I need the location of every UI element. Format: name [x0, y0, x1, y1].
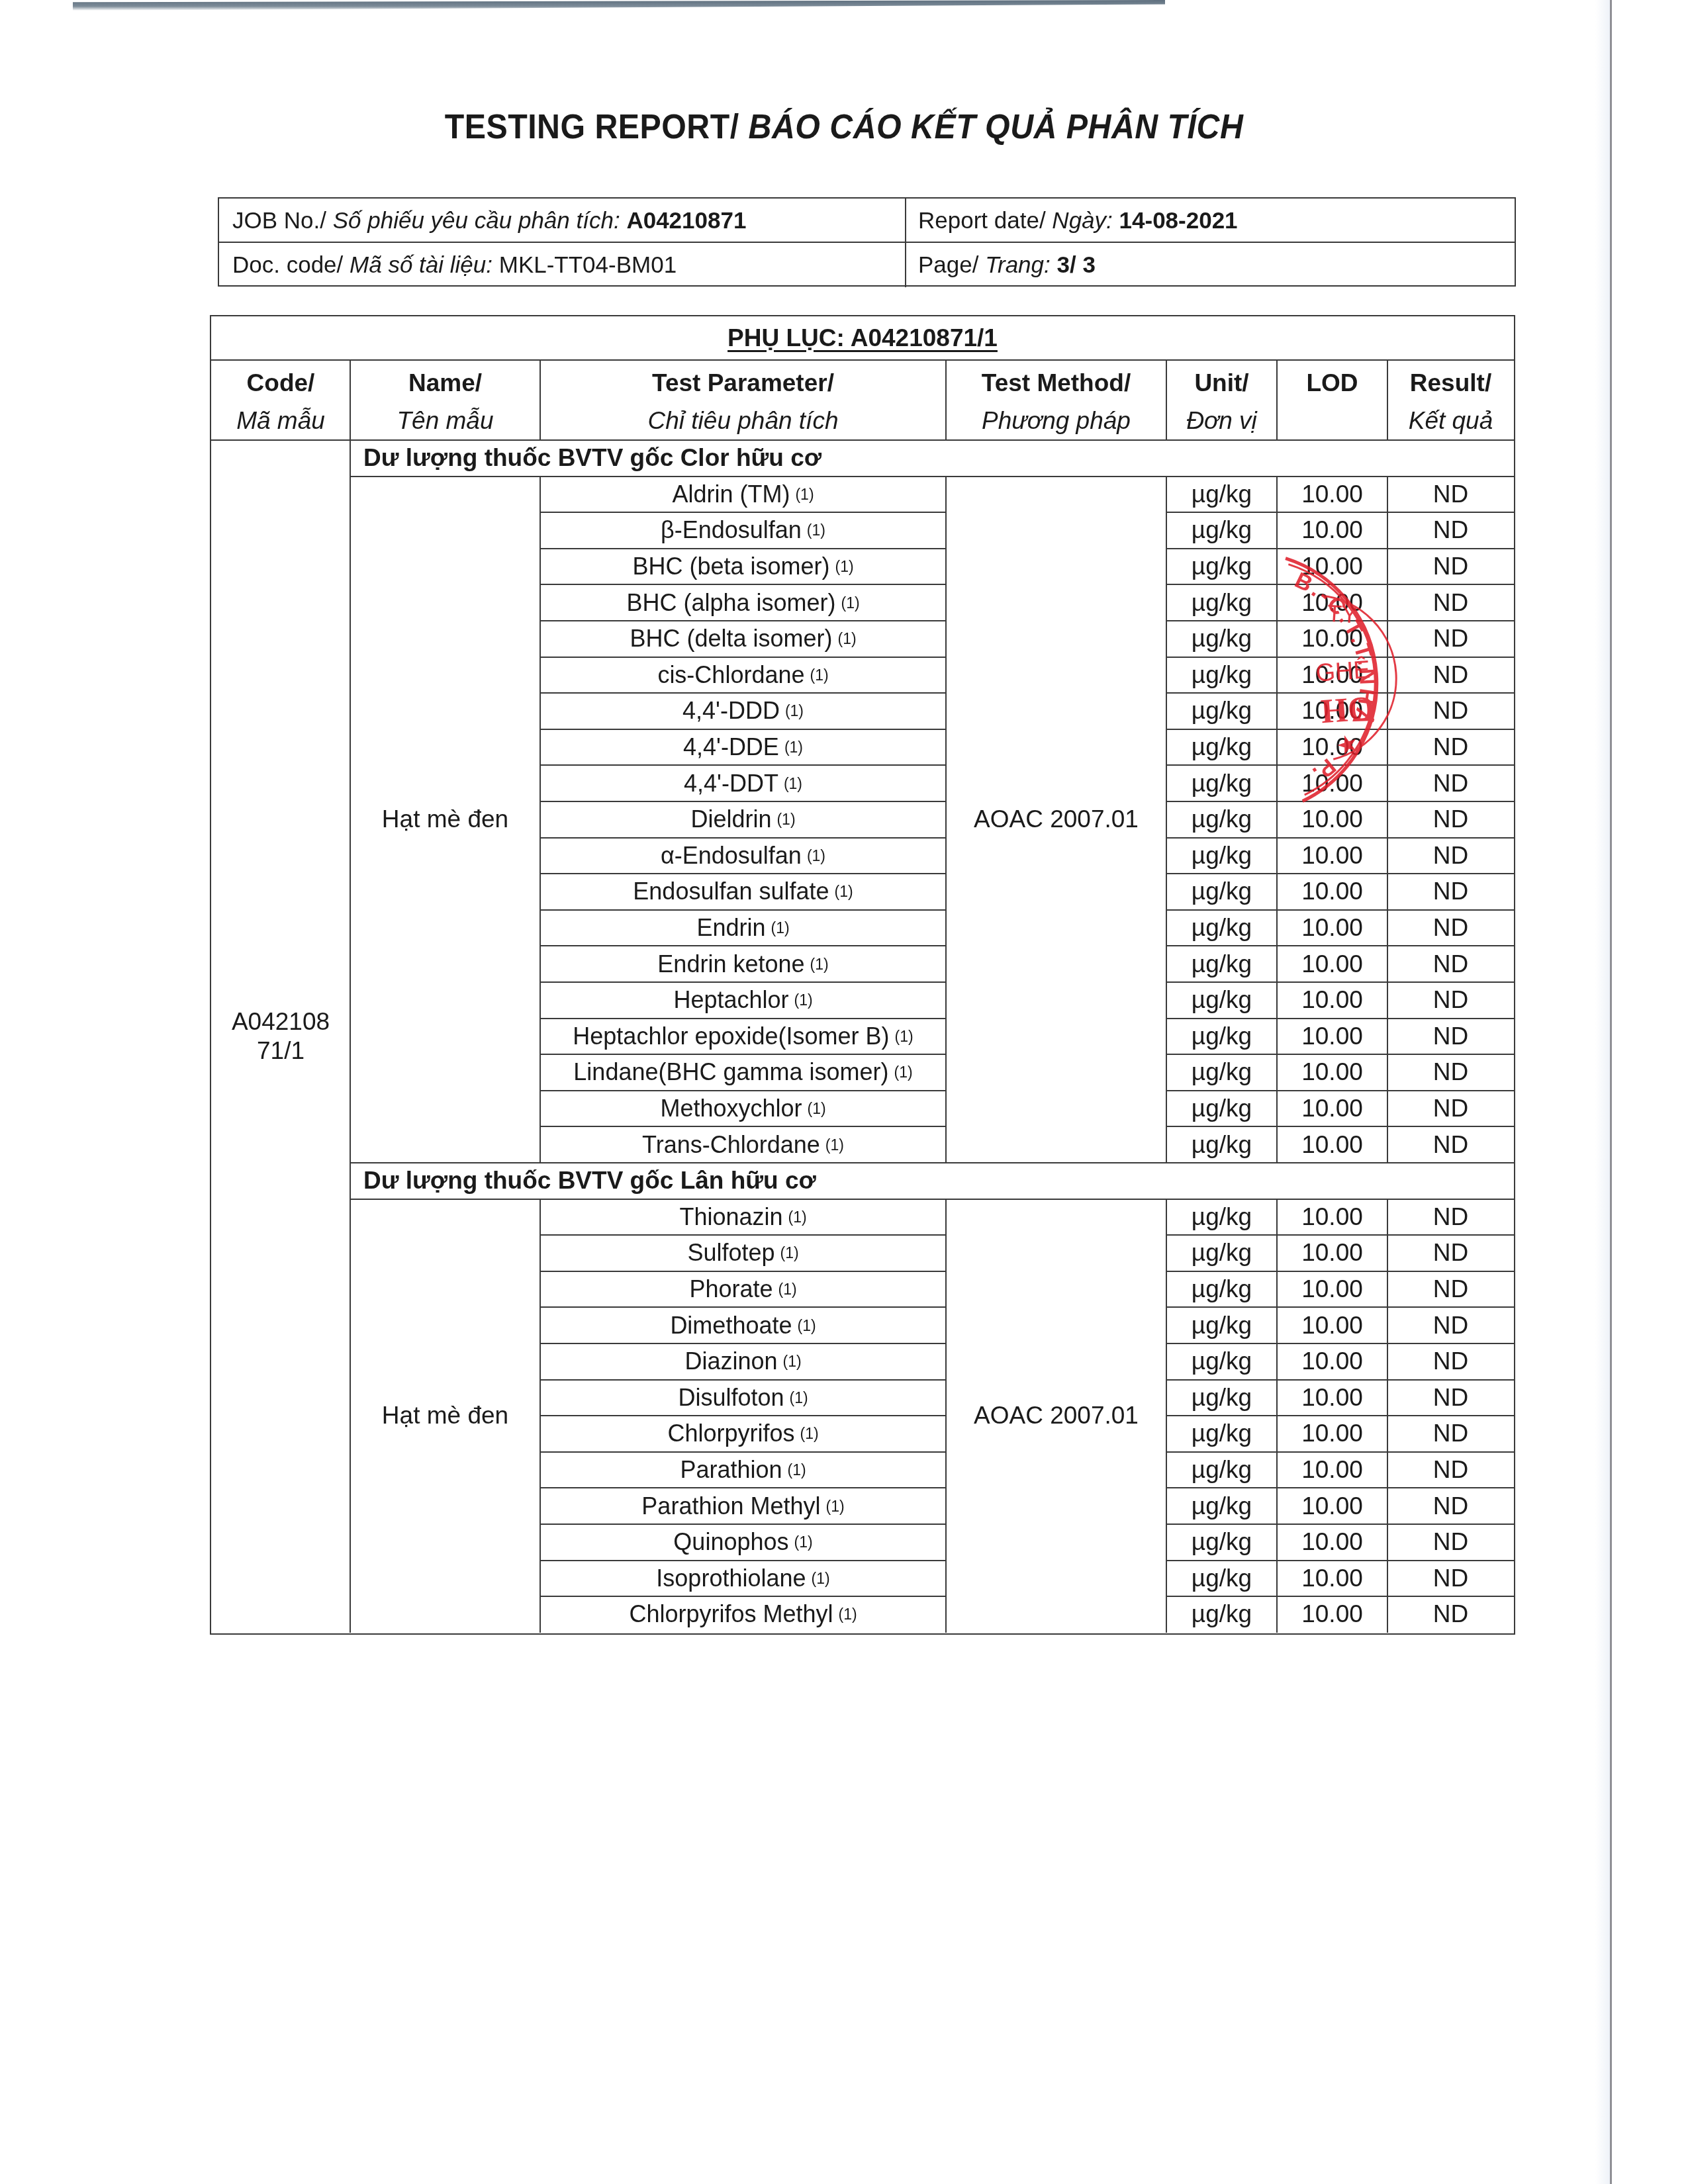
table-rule-horizontal [1166, 1343, 1514, 1344]
table-rule-horizontal [540, 584, 946, 585]
table-rule-horizontal [1166, 548, 1514, 549]
result-cell: ND [1387, 512, 1514, 549]
test-parameter: Heptachlor epoxide(Isomer B)(1) [540, 1019, 946, 1055]
table-rule-vertical [539, 360, 541, 440]
unit-cell: µg/kg [1166, 729, 1277, 766]
lod-cell: 10.00 [1277, 1452, 1387, 1488]
column-header-en: Code/ [247, 364, 315, 402]
result-cell: ND [1387, 1126, 1514, 1163]
test-parameter: Dimethoate(1) [540, 1307, 946, 1343]
test-parameter-name: α-Endosulfan [661, 842, 802, 870]
test-method-cell: AOAC 2007.01 [946, 477, 1166, 1163]
table-rule-horizontal [1166, 1234, 1514, 1236]
unit-cell: µg/kg [1166, 621, 1277, 657]
lod-cell: 10.00 [1277, 512, 1387, 549]
unit-cell: µg/kg [1166, 910, 1277, 946]
table-rule-horizontal [540, 909, 946, 911]
result-cell: ND [1387, 477, 1514, 513]
table-rule-vertical [539, 477, 541, 1163]
table-rule-horizontal [1166, 1524, 1514, 1525]
table-rule-vertical [1387, 477, 1388, 1163]
unit-cell: µg/kg [1166, 982, 1277, 1019]
result-cell: ND [1387, 982, 1514, 1019]
lod-cell: 10.00 [1277, 477, 1387, 513]
test-parameter: α-Endosulfan(1) [540, 838, 946, 874]
test-parameter-name: Trans-Chlordane [642, 1131, 820, 1159]
column-header-vi [1329, 402, 1335, 439]
test-parameter: cis-Chlordane(1) [540, 657, 946, 694]
doc-code-field: Doc. code/ Mã số tài liệu: MKL-TT04-BM01 [219, 243, 906, 287]
table-rule-horizontal [1166, 657, 1514, 658]
table-rule-horizontal [1166, 1018, 1514, 1019]
result-cell: ND [1387, 946, 1514, 982]
lod-cell: 10.00 [1277, 1488, 1387, 1524]
table-rule-vertical [1166, 360, 1167, 440]
table-rule-horizontal [1166, 1451, 1514, 1453]
lod-cell: 10.00 [1277, 1019, 1387, 1055]
scan-page-edge [1610, 0, 1612, 2184]
lod-cell: 10.00 [1277, 874, 1387, 910]
result-cell: ND [1387, 765, 1514, 801]
lod-cell: 10.00 [1277, 946, 1387, 982]
test-parameter-name: 4,4'-DDD [682, 697, 780, 725]
table-rule-horizontal [1166, 512, 1514, 513]
result-cell: ND [1387, 1596, 1514, 1633]
test-parameter-name: β-Endosulfan [661, 516, 802, 544]
sample-code-line: 71/1 [257, 1036, 305, 1066]
table-rule-horizontal [540, 1524, 946, 1525]
report-title-en: TESTING REPORT/ [445, 108, 739, 146]
test-parameter: BHC (alpha isomer)(1) [540, 584, 946, 621]
lod-cell: 10.00 [1277, 1380, 1387, 1416]
column-header-2: Test Parameter/Chỉ tiêu phân tích [540, 360, 946, 440]
table-rule-vertical [1387, 1199, 1388, 1633]
test-parameter-name: Dimethoate [670, 1312, 792, 1340]
test-parameter-name: Chlorpyrifos [667, 1420, 794, 1447]
report-header-box: JOB No./ Số phiếu yêu cầu phân tích: A04… [218, 197, 1516, 287]
lod-cell: 10.00 [1277, 1343, 1387, 1380]
lod-cell: 10.00 [1277, 1416, 1387, 1452]
result-cell: ND [1387, 1091, 1514, 1127]
column-header-3: Test Method/Phương pháp [946, 360, 1166, 440]
appendix-title: PHỤ LỤC: A04210871/1 [211, 316, 1514, 360]
unit-cell: µg/kg [1166, 584, 1277, 621]
result-cell: ND [1387, 910, 1514, 946]
table-rule-horizontal [1166, 1054, 1514, 1055]
unit-cell: µg/kg [1166, 765, 1277, 801]
lod-cell: 10.00 [1277, 1235, 1387, 1271]
section-title: Dư lượng thuốc BVTV gốc Lân hữu cơ [350, 1163, 1514, 1199]
test-parameter: BHC (beta isomer)(1) [540, 549, 946, 585]
unit-cell: µg/kg [1166, 1091, 1277, 1127]
result-cell: ND [1387, 1452, 1514, 1488]
table-rule-horizontal [540, 981, 946, 983]
table-rule-horizontal [540, 1343, 946, 1344]
table-rule-horizontal [1166, 1306, 1514, 1308]
unit-cell: µg/kg [1166, 1452, 1277, 1488]
lod-cell: 10.00 [1277, 1596, 1387, 1633]
result-cell: ND [1387, 801, 1514, 838]
result-cell: ND [1387, 1235, 1514, 1271]
table-rule-vertical [1276, 360, 1278, 440]
lod-cell: 10.00 [1277, 1091, 1387, 1127]
table-rule-horizontal [1166, 692, 1514, 694]
unit-cell: µg/kg [1166, 874, 1277, 910]
lod-cell: 10.00 [1277, 1054, 1387, 1091]
table-rule-horizontal [540, 620, 946, 621]
lod-cell: 10.00 [1277, 765, 1387, 801]
test-parameter-name: Heptachlor [673, 986, 788, 1014]
table-rule-horizontal [1166, 981, 1514, 983]
test-parameter-name: Diazinon [684, 1347, 777, 1375]
result-cell: ND [1387, 1199, 1514, 1236]
table-rule-horizontal [540, 801, 946, 802]
unit-cell: µg/kg [1166, 1235, 1277, 1271]
unit-cell: µg/kg [1166, 1416, 1277, 1452]
result-cell: ND [1387, 1271, 1514, 1308]
unit-cell: µg/kg [1166, 1271, 1277, 1308]
lod-cell: 10.00 [1277, 1307, 1387, 1343]
page-number-field: Page/ Trang: 3/ 3 [906, 243, 1515, 287]
test-parameter: Endrin ketone(1) [540, 946, 946, 982]
unit-cell: µg/kg [1166, 1343, 1277, 1380]
table-rule-vertical [539, 1199, 541, 1633]
table-rule-horizontal [1166, 1560, 1514, 1561]
test-parameter: Isoprothiolane(1) [540, 1561, 946, 1597]
column-header-vi: Chỉ tiêu phân tích [648, 402, 839, 439]
table-rule-horizontal [540, 1451, 946, 1453]
table-rule-horizontal [540, 945, 946, 946]
test-parameter: Disulfoton(1) [540, 1380, 946, 1416]
table-rule-horizontal [1166, 1596, 1514, 1597]
scan-edge-artifact [73, 0, 1165, 11]
column-header-en: Result/ [1410, 364, 1491, 402]
unit-cell: µg/kg [1166, 1524, 1277, 1561]
column-header-en: Test Parameter/ [652, 364, 834, 402]
test-parameter-name: cis-Chlordane [657, 661, 804, 689]
table-rule-horizontal [540, 548, 946, 549]
table-rule-horizontal [1166, 1090, 1514, 1091]
test-parameter: Endrin(1) [540, 910, 946, 946]
test-parameter-name: Parathion [680, 1456, 782, 1484]
test-parameter: 4,4'-DDD(1) [540, 693, 946, 729]
report-title-vi: BÁO CÁO KẾT QUẢ PHÂN TÍCH [749, 108, 1244, 146]
table-rule-horizontal [540, 1090, 946, 1091]
lod-cell: 10.00 [1277, 693, 1387, 729]
lod-cell: 10.00 [1277, 729, 1387, 766]
lod-cell: 10.00 [1277, 1271, 1387, 1308]
test-parameter-name: Phorate [689, 1275, 773, 1303]
table-rule-horizontal [540, 873, 946, 874]
lod-cell: 10.00 [1277, 584, 1387, 621]
result-cell: ND [1387, 1307, 1514, 1343]
column-header-vi: Phương pháp [982, 402, 1131, 439]
result-cell: ND [1387, 1561, 1514, 1597]
table-rule-horizontal [540, 1306, 946, 1308]
table-rule-horizontal [1166, 1487, 1514, 1488]
column-header-vi: Mã mẫu [236, 402, 325, 439]
result-cell: ND [1387, 1019, 1514, 1055]
table-rule-horizontal [540, 1271, 946, 1272]
unit-cell: µg/kg [1166, 1561, 1277, 1597]
unit-cell: µg/kg [1166, 1199, 1277, 1236]
table-rule-horizontal [1166, 873, 1514, 874]
table-rule-horizontal [1166, 801, 1514, 802]
test-parameter-name: Chlorpyrifos Methyl [629, 1600, 833, 1628]
table-rule-vertical [1276, 477, 1278, 1163]
lod-cell: 10.00 [1277, 1524, 1387, 1561]
test-parameter-name: Heptachlor epoxide(Isomer B) [573, 1023, 889, 1050]
test-parameter: Chlorpyrifos Methyl(1) [540, 1596, 946, 1633]
sample-name-cell: Hạt mè đen [350, 477, 540, 1163]
table-rule-horizontal [1166, 909, 1514, 911]
scan-shade [1595, 0, 1610, 2184]
results-table: PHỤ LỤC: A04210871/1Code/Mã mẫuName/Tên … [210, 315, 1515, 1635]
unit-cell: µg/kg [1166, 1488, 1277, 1524]
test-parameter-name: BHC (beta isomer) [632, 553, 829, 580]
unit-cell: µg/kg [1166, 1126, 1277, 1163]
test-parameter-name: Parathion Methyl [641, 1492, 820, 1520]
table-rule-horizontal [540, 692, 946, 694]
doc-code-value: MKL-TT04-BM01 [499, 252, 677, 278]
table-rule-horizontal [540, 1596, 946, 1597]
test-parameter-name: Sulfotep [687, 1239, 774, 1267]
test-parameter: Parathion(1) [540, 1452, 946, 1488]
test-parameter-name: Methoxychlor [660, 1095, 802, 1122]
test-parameter-name: Disulfoton [678, 1384, 784, 1412]
unit-cell: µg/kg [1166, 512, 1277, 549]
table-rule-vertical [945, 477, 947, 1163]
table-rule-horizontal [540, 1379, 946, 1381]
table-rule-horizontal [1166, 584, 1514, 585]
test-parameter: Chlorpyrifos(1) [540, 1416, 946, 1452]
test-parameter: Phorate(1) [540, 1271, 946, 1308]
test-method-cell: AOAC 2007.01 [946, 1199, 1166, 1633]
sample-code-cell: A04210871/1 [211, 440, 350, 1633]
test-parameter: BHC (delta isomer)(1) [540, 621, 946, 657]
appendix-title-text: PHỤ LỤC: A04210871/1 [727, 324, 998, 352]
table-rule-horizontal [1166, 1126, 1514, 1127]
unit-cell: µg/kg [1166, 1596, 1277, 1633]
table-rule-horizontal [540, 729, 946, 730]
sample-name-cell: Hạt mè đen [350, 1199, 540, 1633]
report-date-field: Report date/ Ngày: 14-08-2021 [906, 199, 1515, 243]
result-cell: ND [1387, 584, 1514, 621]
table-rule-horizontal [540, 1415, 946, 1416]
table-rule-horizontal [540, 1560, 946, 1561]
table-rule-horizontal [1166, 1271, 1514, 1272]
table-rule-vertical [945, 360, 947, 440]
sample-code-line: A042108 [232, 1007, 330, 1036]
unit-cell: µg/kg [1166, 1307, 1277, 1343]
table-rule-horizontal [1166, 729, 1514, 730]
result-cell: ND [1387, 1380, 1514, 1416]
table-rule-horizontal [1166, 620, 1514, 621]
test-parameter: β-Endosulfan(1) [540, 512, 946, 549]
report-title: TESTING REPORT/ BÁO CÁO KẾT QUẢ PHÂN TÍC… [59, 107, 1629, 147]
lod-cell: 10.00 [1277, 801, 1387, 838]
unit-cell: µg/kg [1166, 549, 1277, 585]
unit-cell: µg/kg [1166, 477, 1277, 513]
column-header-4: Unit/Đơn vị [1166, 360, 1277, 440]
lod-cell: 10.00 [1277, 1126, 1387, 1163]
unit-cell: µg/kg [1166, 1380, 1277, 1416]
column-header-en: Test Method/ [982, 364, 1131, 402]
lod-cell: 10.00 [1277, 1561, 1387, 1597]
column-header-5: LOD [1277, 360, 1387, 440]
unit-cell: µg/kg [1166, 1054, 1277, 1091]
test-parameter-name: Dieldrin [690, 805, 771, 833]
lod-cell: 10.00 [1277, 838, 1387, 874]
column-header-en: Unit/ [1194, 364, 1248, 402]
result-cell: ND [1387, 549, 1514, 585]
table-rule-horizontal [540, 1126, 946, 1127]
table-rule-vertical [350, 360, 351, 440]
result-cell: ND [1387, 693, 1514, 729]
table-rule-vertical [1387, 360, 1388, 440]
page-number-value: 3/ 3 [1057, 252, 1096, 278]
test-parameter: Thionazin(1) [540, 1199, 946, 1236]
test-parameter: Parathion Methyl(1) [540, 1488, 946, 1524]
table-rule-horizontal [1166, 764, 1514, 766]
column-header-1: Name/Tên mẫu [350, 360, 540, 440]
column-header-vi: Tên mẫu [397, 402, 493, 439]
lod-cell: 10.00 [1277, 657, 1387, 694]
column-header-6: Result/Kết quả [1387, 360, 1514, 440]
result-cell: ND [1387, 1488, 1514, 1524]
table-rule-horizontal [1166, 1415, 1514, 1416]
result-cell: ND [1387, 1054, 1514, 1091]
column-header-vi: Kết quả [1409, 402, 1493, 439]
test-parameter-name: Isoprothiolane [656, 1565, 806, 1592]
table-rule-vertical [945, 1199, 947, 1633]
test-parameter: 4,4'-DDT(1) [540, 765, 946, 801]
lod-cell: 10.00 [1277, 549, 1387, 585]
column-header-en: Name/ [408, 364, 482, 402]
result-cell: ND [1387, 838, 1514, 874]
test-parameter: Methoxychlor(1) [540, 1091, 946, 1127]
test-parameter: 4,4'-DDE(1) [540, 729, 946, 766]
table-rule-horizontal [540, 837, 946, 839]
table-rule-horizontal [540, 1487, 946, 1488]
test-parameter-name: 4,4'-DDT [684, 770, 778, 797]
result-cell: ND [1387, 729, 1514, 766]
test-parameter: Endosulfan sulfate(1) [540, 874, 946, 910]
column-header-en: LOD [1306, 364, 1358, 402]
table-rule-horizontal [540, 1054, 946, 1055]
unit-cell: µg/kg [1166, 801, 1277, 838]
test-parameter-name: BHC (alpha isomer) [626, 589, 835, 617]
test-parameter-name: Thionazin [679, 1203, 782, 1231]
job-number-value: A04210871 [626, 208, 746, 234]
job-number-field: JOB No./ Số phiếu yêu cầu phân tích: A04… [219, 199, 906, 243]
test-parameter: Trans-Chlordane(1) [540, 1126, 946, 1163]
test-parameter-name: Aldrin (TM) [672, 480, 790, 508]
test-parameter: Aldrin (TM)(1) [540, 477, 946, 513]
table-rule-vertical [1166, 477, 1167, 1163]
unit-cell: µg/kg [1166, 657, 1277, 694]
table-rule-vertical [1166, 1199, 1167, 1633]
lod-cell: 10.00 [1277, 1199, 1387, 1236]
result-cell: ND [1387, 621, 1514, 657]
result-cell: ND [1387, 657, 1514, 694]
test-parameter: Sulfotep(1) [540, 1235, 946, 1271]
test-parameter-name: 4,4'-DDE [683, 733, 779, 761]
column-header-0: Code/Mã mẫu [211, 360, 350, 440]
test-parameter: Heptachlor(1) [540, 982, 946, 1019]
test-parameter-name: Endrin [696, 914, 765, 942]
test-parameter-name: Lindane(BHC gamma isomer) [573, 1058, 888, 1086]
table-rule-horizontal [540, 764, 946, 766]
table-rule-horizontal [540, 1018, 946, 1019]
table-rule-horizontal [540, 657, 946, 658]
test-parameter: Dieldrin(1) [540, 801, 946, 838]
result-cell: ND [1387, 1524, 1514, 1561]
test-parameter-name: Endrin ketone [657, 950, 804, 978]
test-parameter: Lindane(BHC gamma isomer)(1) [540, 1054, 946, 1091]
table-rule-horizontal [540, 1234, 946, 1236]
test-parameter-name: BHC (delta isomer) [630, 625, 832, 653]
unit-cell: µg/kg [1166, 946, 1277, 982]
table-rule-horizontal [1166, 1379, 1514, 1381]
test-parameter-name: Endosulfan sulfate [633, 878, 829, 905]
lod-cell: 10.00 [1277, 982, 1387, 1019]
lod-cell: 10.00 [1277, 910, 1387, 946]
table-rule-horizontal [1166, 837, 1514, 839]
unit-cell: µg/kg [1166, 1019, 1277, 1055]
unit-cell: µg/kg [1166, 838, 1277, 874]
column-header-vi: Đơn vị [1186, 402, 1257, 439]
lod-cell: 10.00 [1277, 621, 1387, 657]
result-cell: ND [1387, 1416, 1514, 1452]
section-title: Dư lượng thuốc BVTV gốc Clor hữu cơ [350, 440, 1514, 477]
test-parameter: Diazinon(1) [540, 1343, 946, 1380]
result-cell: ND [1387, 874, 1514, 910]
table-rule-vertical [1276, 1199, 1278, 1633]
result-cell: ND [1387, 1343, 1514, 1380]
unit-cell: µg/kg [1166, 693, 1277, 729]
table-rule-horizontal [1166, 945, 1514, 946]
table-rule-horizontal [540, 512, 946, 513]
report-date-value: 14-08-2021 [1119, 208, 1238, 234]
test-parameter-name: Quinophos [673, 1528, 788, 1556]
test-parameter: Quinophos(1) [540, 1524, 946, 1561]
